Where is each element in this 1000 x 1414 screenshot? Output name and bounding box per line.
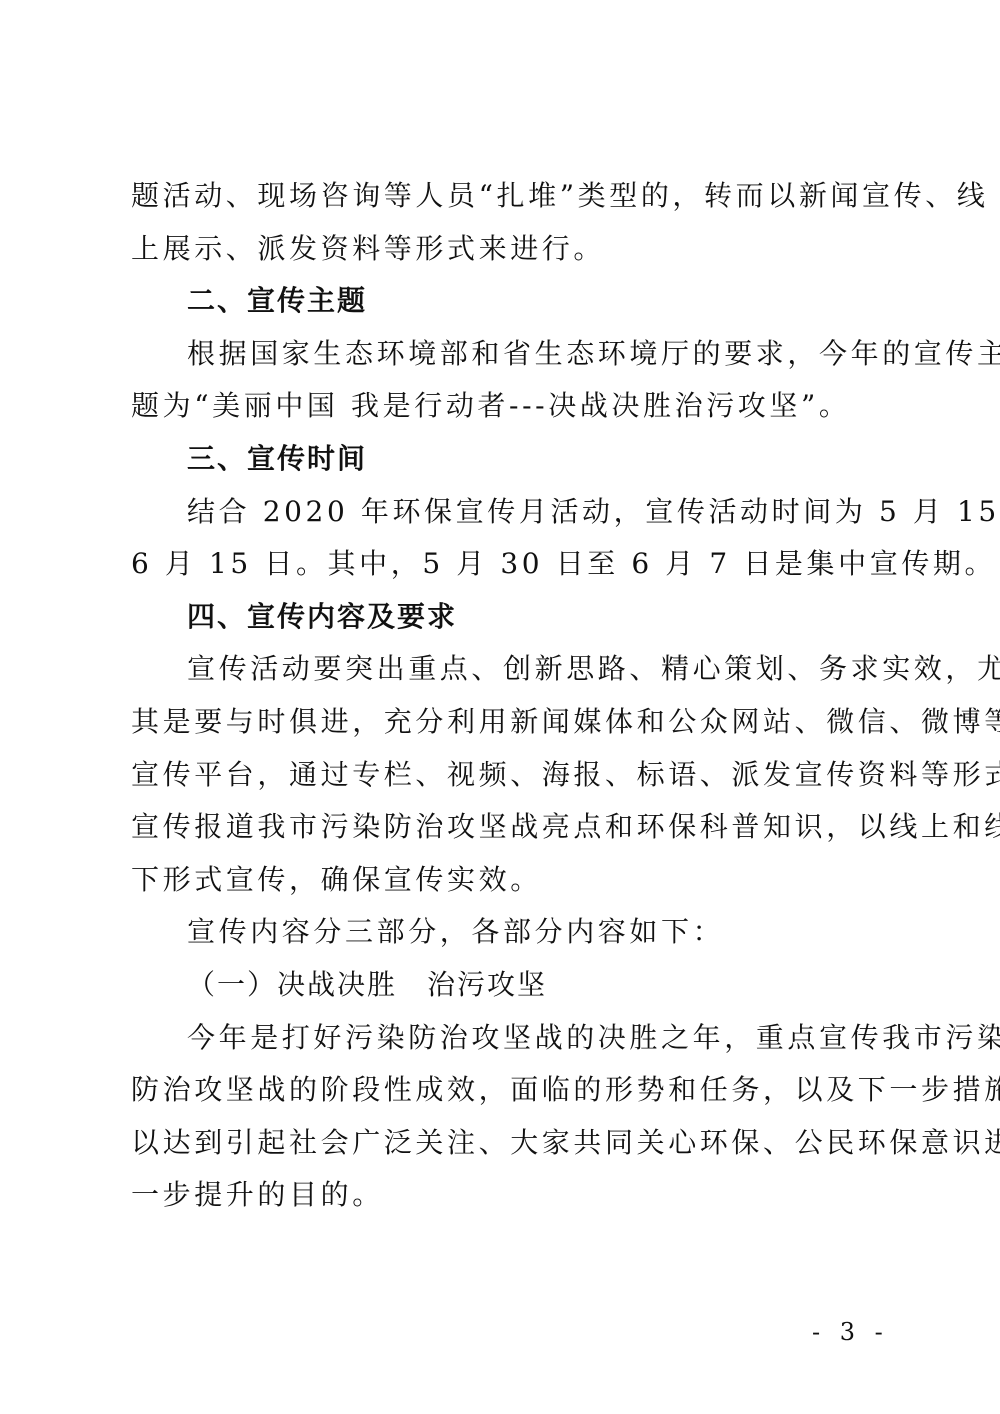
body-text-line: 上展示、派发资料等形式来进行。 [131,223,871,276]
paragraph-first-line: 今年是打好污染防治攻坚战的决胜之年，重点宣传我市污染 [131,1012,871,1065]
body-text-line: 宣传平台，通过专栏、视频、海报、标语、派发宣传资料等形式 [131,749,871,802]
section-heading-time: 三、宣传时间 [131,433,871,486]
paragraph-first-line: 结合 2020 年环保宣传月活动，宣传活动时间为 5 月 15 日至 [131,486,871,539]
body-text-line: 防治攻坚战的阶段性成效，面临的形势和任务，以及下一步措施， [131,1064,871,1117]
body-text-line: 题为“美丽中国 我是行动者---决战决胜治污攻坚”。 [131,380,871,433]
paragraph-first-line: 根据国家生态环境部和省生态环境厅的要求，今年的宣传主 [131,328,871,381]
section-heading-theme: 二、宣传主题 [131,275,871,328]
document-page: 题活动、现场咨询等人员“扎堆”类型的，转而以新闻宣传、线 上展示、派发资料等形式… [131,170,871,1222]
body-text-line: 6 月 15 日。其中，5 月 30 日至 6 月 7 日是集中宣传期。 [131,538,871,591]
body-text-line: 其是要与时俱进，充分利用新闻媒体和公众网站、微信、微博等 [131,696,871,749]
paragraph-first-line: 宣传内容分三部分，各部分内容如下： [131,906,871,959]
body-text-line: 宣传报道我市污染防治攻坚战亮点和环保科普知识，以线上和线 [131,801,871,854]
body-text-line: 一步提升的目的。 [131,1169,871,1222]
body-text-line: 题活动、现场咨询等人员“扎堆”类型的，转而以新闻宣传、线 [131,170,871,223]
subsection-heading: （一）决战决胜 治污攻坚 [131,959,871,1012]
paragraph-first-line: 宣传活动要突出重点、创新思路、精心策划、务求实效，尤 [131,643,871,696]
page-number: - 3 - [812,1318,889,1346]
body-text-line: 以达到引起社会广泛关注、大家共同关心环保、公民环保意识进 [131,1117,871,1170]
body-text-line: 下形式宣传，确保宣传实效。 [131,854,871,907]
section-heading-content: 四、宣传内容及要求 [131,591,871,644]
